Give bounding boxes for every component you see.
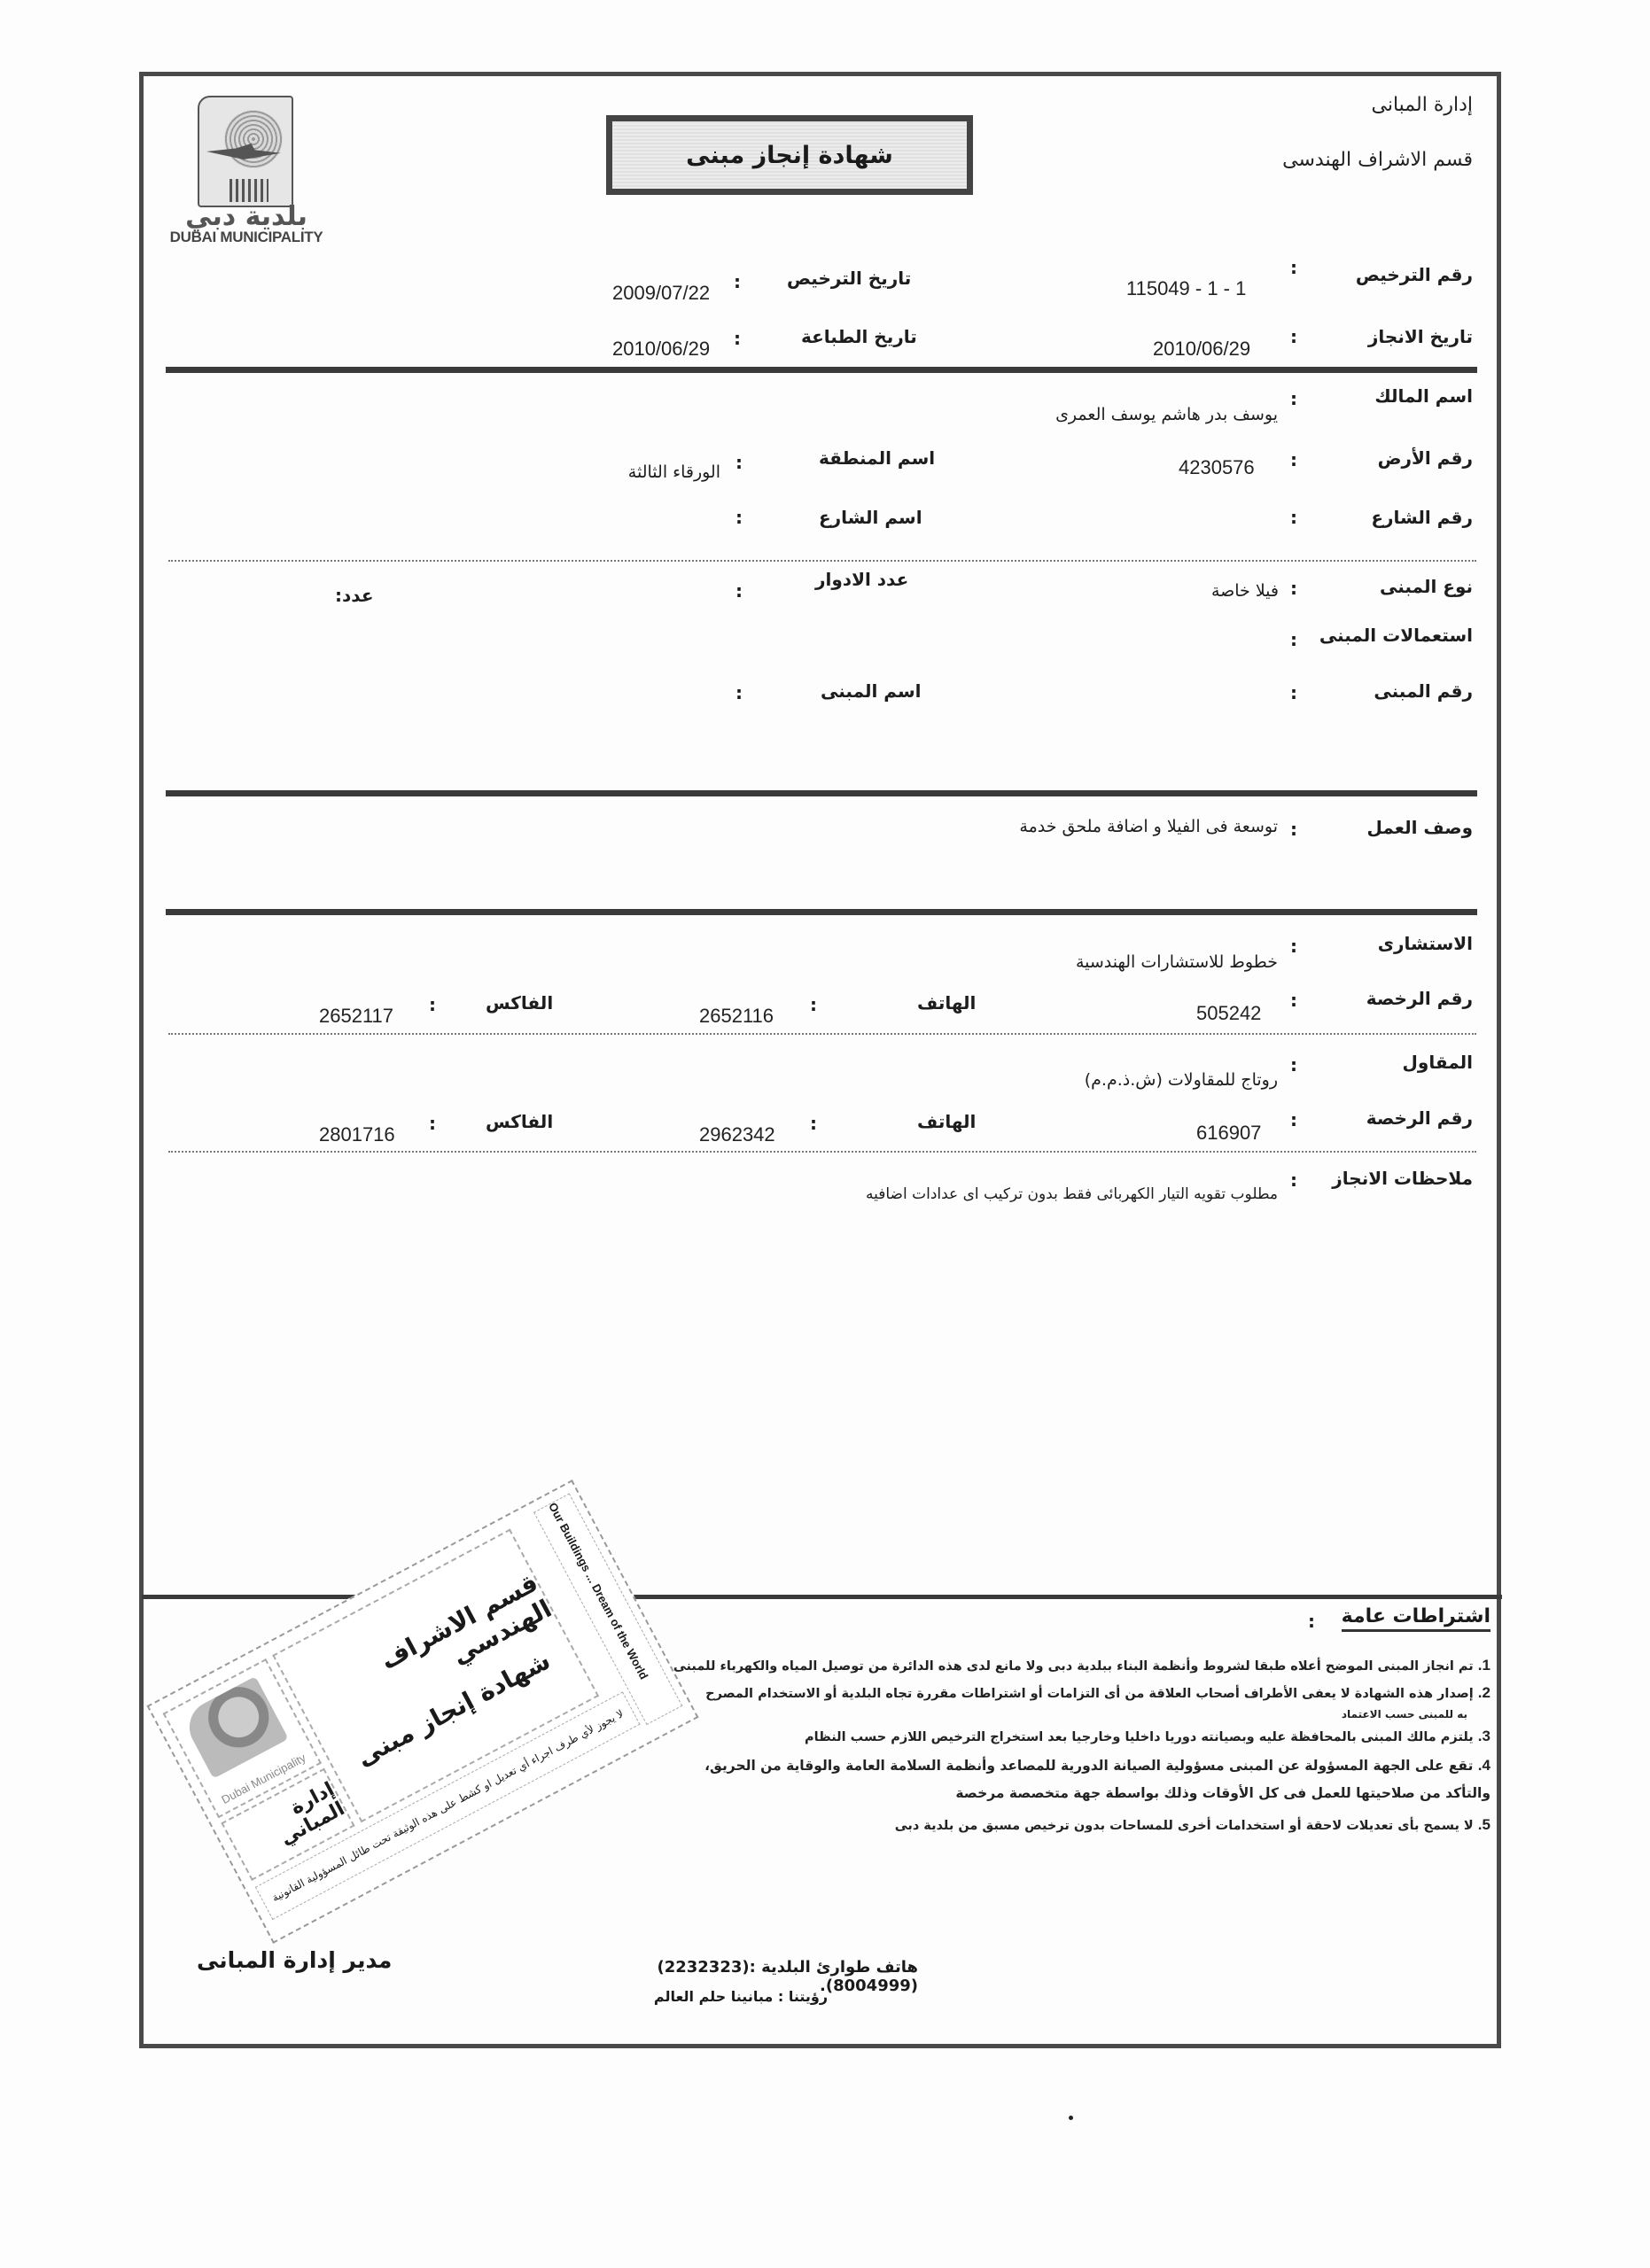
print-date-value: 2010/06/29 [612, 338, 710, 361]
vision-statement: رؤيتنا : مبانينا حلم العالم [564, 1988, 918, 2005]
department-name: إدارة المبانى [1371, 94, 1473, 116]
condition-item: 1. تم انجاز المبنى الموضح أعلاه طبقا لشر… [673, 1657, 1490, 1674]
colon: : [734, 328, 741, 349]
colon: : [1308, 1611, 1315, 1632]
colon: : [735, 507, 743, 528]
contractor-license-label: رقم الرخصة [1366, 1107, 1473, 1129]
work-description-value: توسعة فى الفيلا و اضافة ملحق خدمة [1019, 817, 1278, 836]
colon: : [1290, 257, 1297, 278]
owner-label: اسم المالك [1374, 385, 1473, 407]
area-value: الورقاء الثالثة [628, 462, 720, 482]
colon: : [429, 1113, 436, 1134]
street-name-label: اسم الشارع [819, 507, 922, 528]
condition-item: 4. تقع على الجهة المسؤولة عن المبنى مسؤو… [704, 1757, 1490, 1775]
work-description-label: وصف العمل [1367, 817, 1473, 838]
plot-no-label: رقم الأرض [1378, 447, 1473, 469]
condition-item: به للمبنى حسب الاعتماد [1342, 1708, 1467, 1720]
logo-english-text: DUBAI MUNICIPALITY [160, 229, 333, 246]
area-label: اسم المنطقة [819, 447, 935, 469]
license-date-value: 2009/07/22 [612, 282, 710, 305]
colon: : [1290, 1169, 1297, 1191]
owner-value: يوسف بدر هاشم يوسف العمرى [1055, 405, 1278, 424]
condition-item: 3. يلتزم مالك المبنى بالمحافظة عليه وبصي… [805, 1728, 1490, 1745]
colon: : [1290, 507, 1297, 528]
license-no-value: 115049 - 1 - 1 [1126, 277, 1246, 300]
dotted-divider [168, 1033, 1476, 1035]
consultant-phone-label: الهاتف [917, 992, 976, 1014]
signatory-title: مدير إدارة المبانى [197, 1947, 392, 1973]
scan-speck [1069, 2116, 1073, 2120]
contractor-label: المقاول [1403, 1052, 1473, 1073]
building-uses-label: استعمالات المبنى [1319, 625, 1473, 646]
completion-date-value: 2010/06/29 [1153, 338, 1250, 361]
consultant-fax-label: الفاكس [486, 992, 553, 1014]
colon: : [1290, 388, 1297, 409]
license-date-label: تاريخ الترخيص [787, 268, 911, 289]
floors-label: عدد الادوار [815, 569, 908, 590]
building-type-value: فيلا خاصة [1211, 581, 1279, 601]
contractor-fax-label: الفاكس [486, 1111, 553, 1132]
section-name: قسم الاشراف الهندسى [1282, 149, 1473, 171]
street-no-label: رقم الشارع [1371, 507, 1473, 528]
consultant-label: الاستشارى [1378, 933, 1473, 954]
contractor-phone-label: الهاتف [917, 1111, 976, 1132]
colon: : [735, 580, 743, 602]
colon: : [810, 1113, 817, 1134]
print-date-label: تاريخ الطباعة [801, 326, 917, 347]
colon: : [1290, 682, 1297, 703]
completion-notes-value: مطلوب تقويه التيار الكهربائى فقط بدون تر… [866, 1185, 1278, 1203]
plot-no-value: 4230576 [1179, 456, 1255, 479]
section-divider [166, 909, 1477, 915]
general-conditions-title: اشتراطات عامة [1342, 1605, 1490, 1632]
colon: : [735, 452, 743, 473]
count-label: عدد: [335, 585, 373, 606]
dotted-divider [168, 1151, 1476, 1153]
colon: : [734, 271, 741, 292]
condition-item: 5. لا يسمح بأى تعديلات لاحقة أو استخداما… [895, 1816, 1490, 1834]
colon: : [1290, 449, 1297, 470]
building-type-label: نوع المبنى [1380, 576, 1473, 597]
building-name-label: اسم المبنى [821, 680, 922, 702]
dubai-municipality-logo-icon [198, 96, 293, 207]
colon: : [1290, 990, 1297, 1011]
certificate-title: شهادة إنجاز مبنى [606, 115, 973, 195]
completion-date-label: تاريخ الانجاز [1368, 326, 1473, 347]
colon: : [429, 994, 436, 1015]
section-divider [166, 367, 1477, 373]
footer-divider [142, 1595, 1502, 1599]
dotted-divider [168, 560, 1476, 562]
consultant-fax-value: 2652117 [319, 1005, 393, 1028]
colon: : [735, 682, 743, 703]
colon: : [1290, 1109, 1297, 1130]
consultant-name: خطوط للاستشارات الهندسية [1076, 952, 1278, 972]
condition-item: 2. إصدار هذه الشهادة لا يعفى الأطراف أصح… [705, 1684, 1490, 1702]
colon: : [1290, 936, 1297, 957]
consultant-phone-value: 2652116 [699, 1005, 774, 1028]
building-no-label: رقم المبنى [1374, 680, 1473, 702]
license-no-label: رقم الترخيص [1356, 264, 1473, 285]
colon: : [1290, 1054, 1297, 1076]
colon: : [1290, 578, 1297, 599]
section-divider [166, 790, 1477, 796]
contractor-name: روتاج للمقاولات (ش.ذ.م.م) [1085, 1070, 1278, 1090]
completion-notes-label: ملاحظات الانجاز [1332, 1168, 1473, 1189]
consultant-license-value: 505242 [1196, 1002, 1261, 1025]
colon: : [810, 994, 817, 1015]
colon: : [1290, 629, 1297, 650]
condition-item: والتأكد من صلاحيتها للعمل فى كل الأوقات … [955, 1784, 1490, 1802]
consultant-license-label: رقم الرخصة [1366, 988, 1473, 1009]
contractor-license-value: 616907 [1196, 1122, 1261, 1145]
colon: : [1290, 819, 1297, 840]
colon: : [1290, 326, 1297, 347]
contractor-fax-value: 2801716 [319, 1123, 395, 1146]
logo-arabic-text: بلدية دبي [162, 201, 331, 232]
contractor-phone-value: 2962342 [699, 1123, 775, 1146]
